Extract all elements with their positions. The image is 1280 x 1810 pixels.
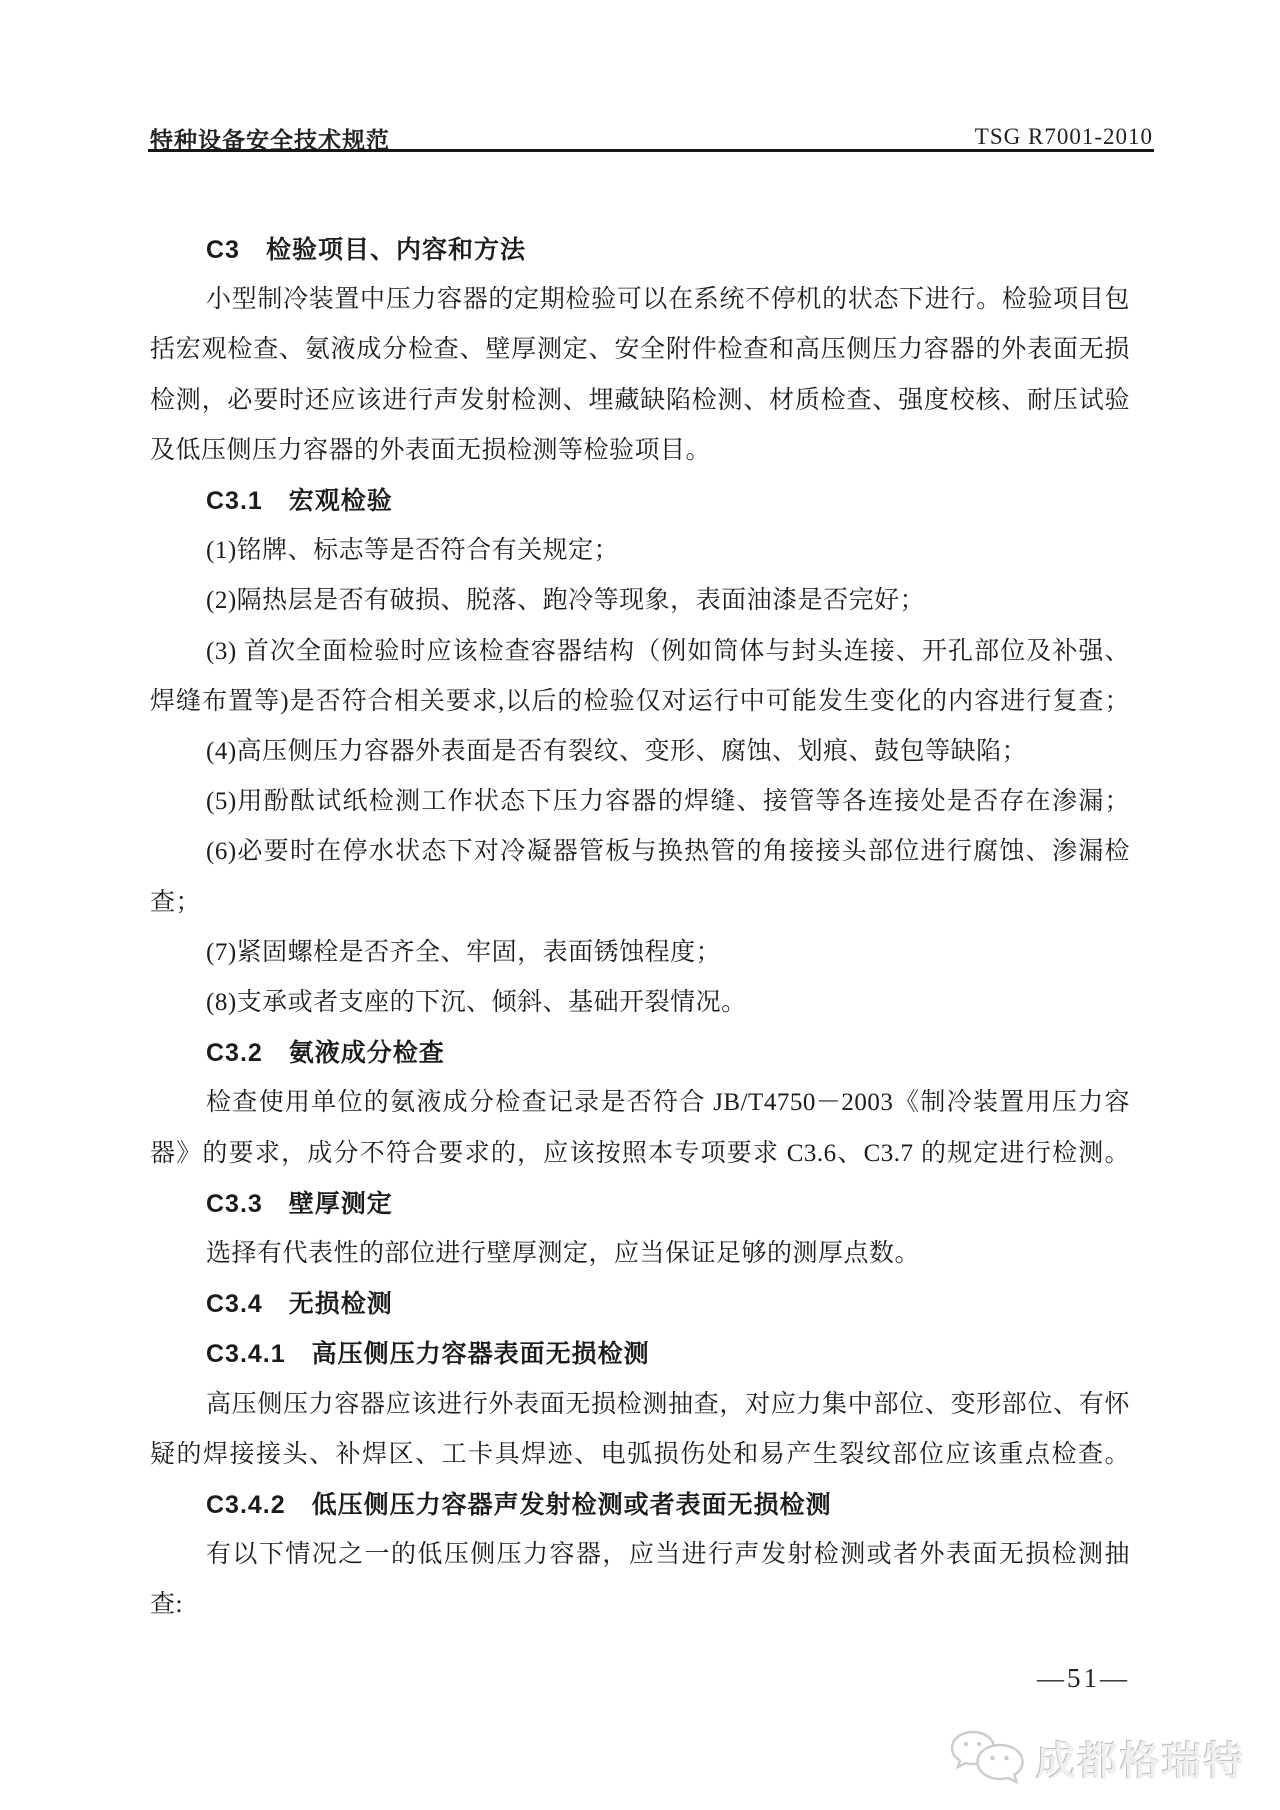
wechat-icon [948,1728,1030,1788]
text-line: (2)隔热层是否有破损、脱落、跑冷等现象，表面油漆是否完好； [150,576,1130,626]
text-line: (4)高压侧压力容器外表面是否有裂纹、变形、腐蚀、划痕、鼓包等缺陷； [150,727,1130,777]
text-line: 疑的焊接接头、补焊区、工卡具焊迹、电弧损伤处和易产生裂纹部位应该重点检查。 [150,1430,1130,1480]
watermark-text: 成都格瑞特 [1036,1730,1246,1787]
page-header: 特种设备安全技术规范 TSG R7001-2010 [150,122,1153,148]
text-line: 检测，必要时还应该进行声发射检测、埋藏缺陷检测、材质检查、强度校核、耐压试验 [150,376,1130,426]
text-line: 小型制冷装置中压力容器的定期检验可以在系统不停机的状态下进行。检验项目包 [150,275,1130,325]
section-heading: C3.3 壁厚测定 [150,1179,1130,1229]
document-body: C3 检验项目、内容和方法小型制冷装置中压力容器的定期检验可以在系统不停机的状态… [150,225,1130,1631]
text-line: 及低压侧压力容器的外表面无损检测等检验项目。 [150,426,1130,476]
text-line: 器》的要求，成分不符合要求的，应该按照本专项要求 C3.6、C3.7 的规定进行… [150,1129,1130,1179]
text-line: 焊缝布置等)是否符合相关要求,以后的检验仅对运行中可能发生变化的内容进行复查； [150,677,1130,727]
section-heading: C3 检验项目、内容和方法 [150,225,1130,275]
text-line: 高压侧压力容器应该进行外表面无损检测抽查，对应力集中部位、变形部位、有怀 [150,1380,1130,1430]
text-line: (6)必要时在停水状态下对冷凝器管板与换热管的角接接头部位进行腐蚀、渗漏检 [150,827,1130,877]
section-heading: C3.4.1 高压侧压力容器表面无损检测 [150,1329,1130,1379]
page-number: —51— [1037,1663,1130,1694]
text-line: 括宏观检查、氨液成分检查、壁厚测定、安全附件检查和高压侧压力容器的外表面无损 [150,325,1130,375]
text-line: (3) 首次全面检验时应该检查容器结构（例如筒体与封头连接、开孔部位及补强、 [150,627,1130,677]
text-line: 检查使用单位的氨液成分检查记录是否符合 JB/T4750－2003《制冷装置用压… [150,1078,1130,1128]
document-page: 特种设备安全技术规范 TSG R7001-2010 C3 检验项目、内容和方法小… [0,0,1280,1810]
text-line: 查: [150,1580,1130,1630]
section-heading: C3.1 宏观检验 [150,476,1130,526]
section-heading: C3.4.2 低压侧压力容器声发射检测或者表面无损检测 [150,1480,1130,1530]
text-line: (1)铭牌、标志等是否符合有关规定； [150,526,1130,576]
section-heading: C3.2 氨液成分检查 [150,1028,1130,1078]
text-line: 选择有代表性的部位进行壁厚测定，应当保证足够的测厚点数。 [150,1229,1130,1279]
text-line: (5)用酚酞试纸检测工作状态下压力容器的焊缝、接管等各连接处是否存在渗漏； [150,777,1130,827]
section-heading: C3.4 无损检测 [150,1279,1130,1329]
text-line: 查； [150,878,1130,928]
header-right-code: TSG R7001-2010 [975,124,1153,150]
text-line: (8)支承或者支座的下沉、倾斜、基础开裂情况。 [150,978,1130,1028]
header-rule [148,149,1154,152]
text-line: 有以下情况之一的低压侧压力容器，应当进行声发射检测或者外表面无损检测抽 [150,1530,1130,1580]
watermark: 成都格瑞特 [948,1726,1246,1790]
text-line: (7)紧固螺栓是否齐全、牢固，表面锈蚀程度； [150,928,1130,978]
